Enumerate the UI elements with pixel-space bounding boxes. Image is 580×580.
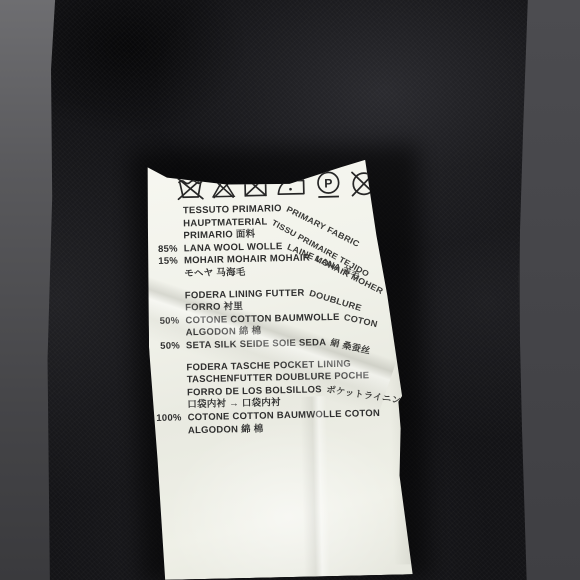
- percentage: 50%: [152, 315, 179, 328]
- percentage: 85%: [151, 243, 178, 256]
- svg-text:P: P: [324, 176, 332, 190]
- percentage: [150, 231, 177, 244]
- percentage: [153, 362, 180, 375]
- percentage: [150, 218, 177, 231]
- percentage: [154, 387, 181, 400]
- percentage: 15%: [151, 256, 178, 269]
- percentage: [155, 425, 182, 438]
- percentage: [153, 328, 180, 341]
- folded-text: 絹 桑蚕丝: [329, 338, 371, 358]
- composition-text: TESSUTO PRIMARIO PRIMARY FABRIC HAUPTMAT…: [150, 200, 405, 447]
- percentage: [152, 303, 179, 316]
- percentage: [151, 268, 178, 281]
- pocket-lining-section: FODERA TASCHE POCKET LINING TASCHENFUTTE…: [153, 357, 405, 438]
- percentage: [154, 375, 181, 388]
- photo-of-garment-care-label: P TESSUTO PRIMARIO PRIMARY FABRIC: [0, 0, 580, 580]
- percentage: 50%: [153, 340, 180, 353]
- percentage: 100%: [155, 412, 182, 425]
- primary-fabric-section: TESSUTO PRIMARIO PRIMARY FABRIC HAUPTMAT…: [150, 200, 402, 281]
- background-surface-right: [520, 0, 580, 580]
- lining-section: FODERA LINING FUTTER DOUBLURE FORRO 衬里 5…: [152, 285, 403, 354]
- percentage: [150, 206, 177, 219]
- percentage: [154, 400, 181, 413]
- percentage: [152, 290, 179, 303]
- fiber-text: モヘヤ 马海毛: [184, 267, 245, 281]
- fiber-text: SETA SILK SEIDE SOIE SEDA: [186, 337, 327, 353]
- fiber-text: ALGODON 綿 棉: [188, 423, 264, 437]
